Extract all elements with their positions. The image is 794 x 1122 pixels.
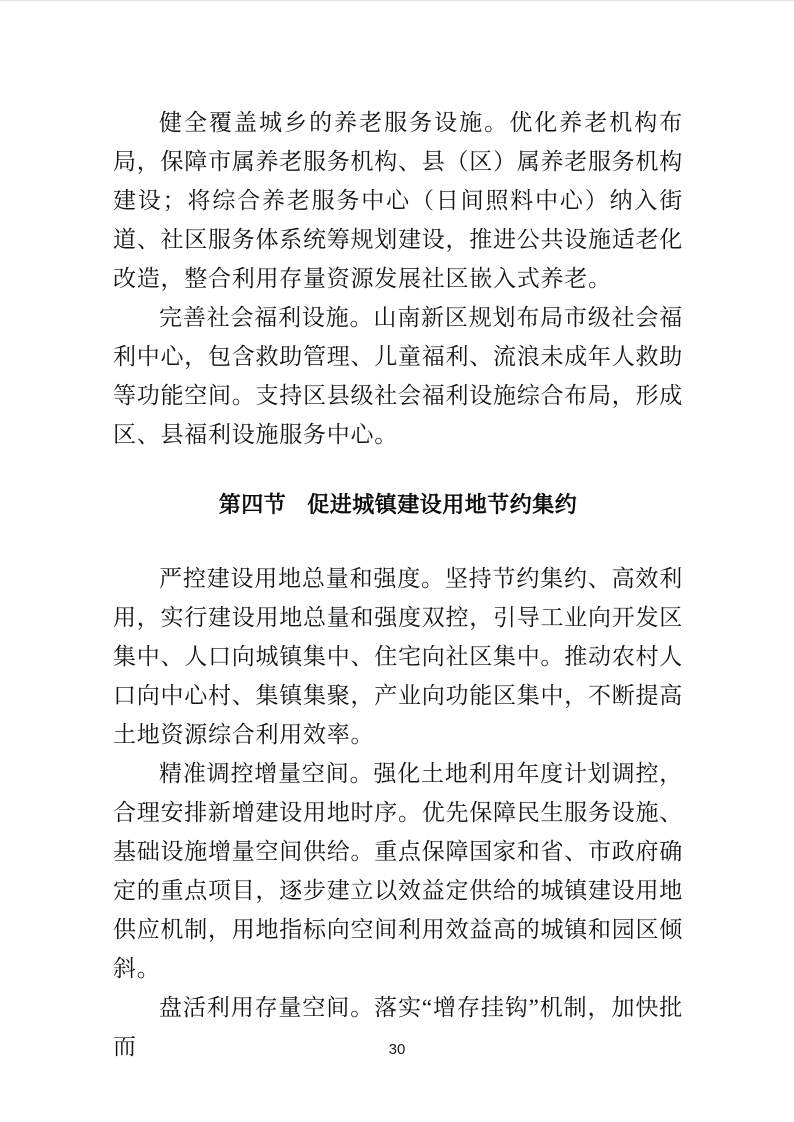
paragraph-lead-in: 严控建设用地总量和强度。 <box>159 566 445 591</box>
section-heading: 第四节促进城镇建设用地节约集约 <box>113 490 683 520</box>
paragraph-lead-in: 健全覆盖城乡的养老服务设施。 <box>159 110 509 135</box>
paragraph-land-total-control: 严控建设用地总量和强度。坚持节约集约、高效利用，实行建设用地总量和强度双控，引导… <box>113 559 683 754</box>
paragraph-elderly-care-facilities: 健全覆盖城乡的养老服务设施。优化养老机构布局，保障市属养老服务机构、县（区）属养… <box>113 103 683 298</box>
paragraph-lead-in: 精准调控增量空间。 <box>159 761 373 786</box>
paragraph-text: 坚持节约集约、高效利用，实行建设用地总量和强度双控，引导工业向开发区集中、人口向… <box>113 566 683 747</box>
page-content: 健全覆盖城乡的养老服务设施。优化养老机构布局，保障市属养老服务机构、县（区）属养… <box>113 103 683 1066</box>
section-title: 促进城镇建设用地节约集约 <box>307 492 577 517</box>
paragraph-text: 强化土地利用年度计划调控，合理安排新增建设用地时序。优先保障民生服务设施、基础设… <box>113 761 683 981</box>
paragraph-incremental-space-control: 精准调控增量空间。强化土地利用年度计划调控，合理安排新增建设用地时序。优先保障民… <box>113 754 683 988</box>
paragraph-social-welfare-facilities: 完善社会福利设施。山南新区规划布局市级社会福利中心，包含救助管理、儿童福利、流浪… <box>113 298 683 454</box>
document-page: 健全覆盖城乡的养老服务设施。优化养老机构布局，保障市属养老服务机构、县（区）属养… <box>0 0 794 1122</box>
page-number: 30 <box>0 1041 794 1059</box>
section-number-label: 第四节 <box>219 492 287 517</box>
paragraph-text: 优化养老机构布局，保障市属养老服务机构、县（区）属养老服务机构建设；将综合养老服… <box>113 110 683 291</box>
paragraph-lead-in: 盘活利用存量空间。 <box>159 995 374 1020</box>
paragraph-lead-in: 完善社会福利设施。 <box>159 305 373 330</box>
